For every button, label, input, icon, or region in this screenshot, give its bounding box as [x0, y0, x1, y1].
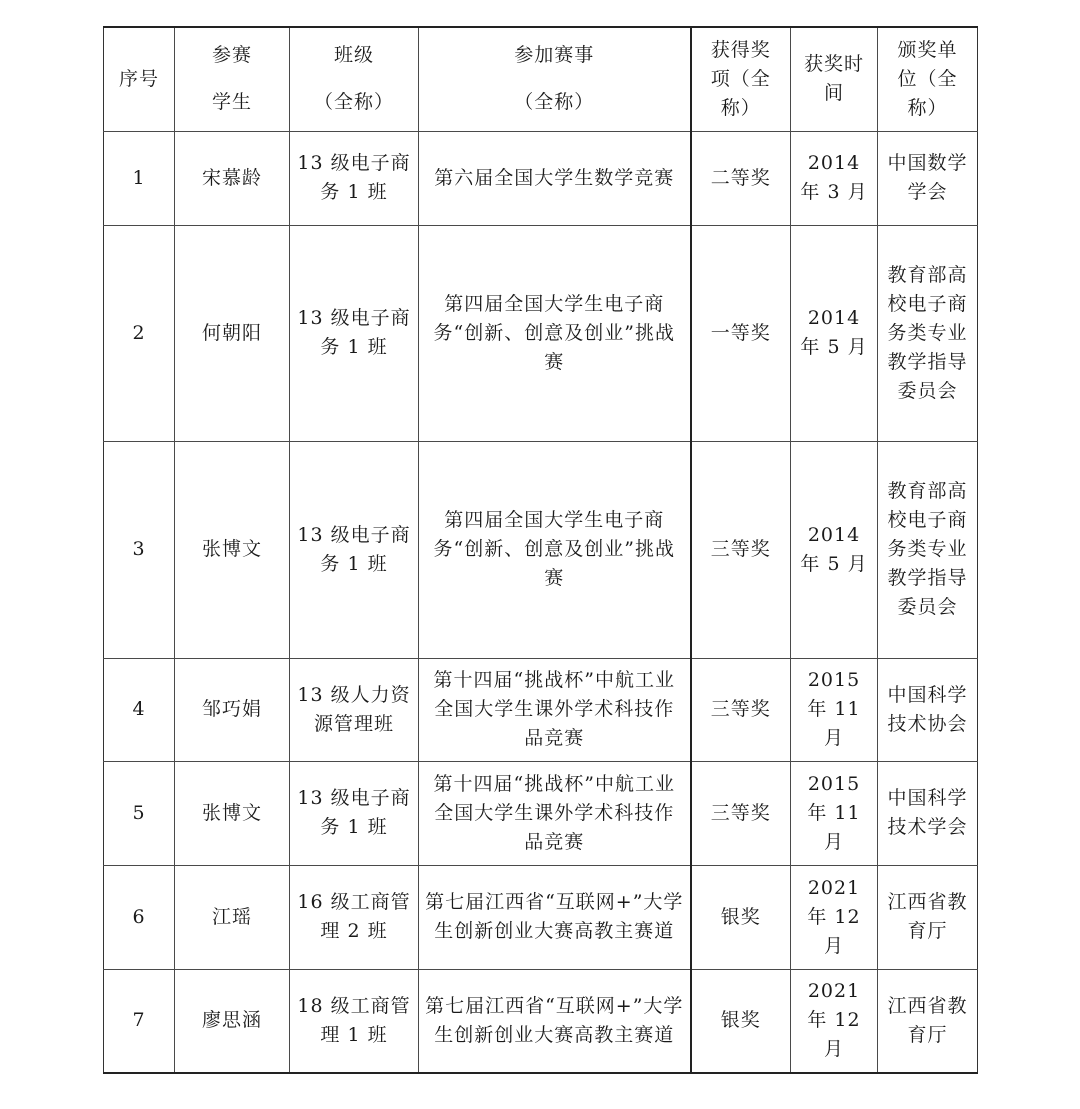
- cell-student: 江瑶: [175, 865, 290, 969]
- cell-date: 2021 年 12 月: [791, 865, 878, 969]
- cell-issuer: 中国科学技术学会: [878, 761, 978, 865]
- table-row: 4 邹巧娟 13 级人力资源管理班 第十四届“挑战杯”中航工业全国大学生课外学术…: [104, 658, 978, 761]
- cell-issuer: 江西省教育厅: [878, 969, 978, 1073]
- table-row: 2 何朝阳 13 级电子商务 1 班 第四届全国大学生电子商务“创新、创意及创业…: [104, 225, 978, 441]
- header-class: 班级（全称）: [290, 27, 419, 131]
- table-row: 1 宋慕龄 13 级电子商务 1 班 第六届全国大学生数学竞赛 二等奖 2014…: [104, 131, 978, 225]
- cell-student: 何朝阳: [175, 225, 290, 441]
- header-date: 获奖时间: [791, 27, 878, 131]
- cell-class: 13 级电子商务 1 班: [290, 761, 419, 865]
- cell-issuer: 教育部高校电子商务类专业教学指导委员会: [878, 225, 978, 441]
- cell-event: 第四届全国大学生电子商务“创新、创意及创业”挑战赛: [419, 225, 691, 441]
- cell-event: 第七届江西省“互联网+”大学生创新创业大赛高教主赛道: [419, 969, 691, 1073]
- cell-no: 1: [104, 131, 175, 225]
- cell-student: 邹巧娟: [175, 658, 290, 761]
- header-issuer: 颁奖单位（全称）: [878, 27, 978, 131]
- cell-class: 18 级工商管理 1 班: [290, 969, 419, 1073]
- cell-no: 7: [104, 969, 175, 1073]
- cell-event: 第四届全国大学生电子商务“创新、创意及创业”挑战赛: [419, 441, 691, 658]
- table-row: 7 廖思涵 18 级工商管理 1 班 第七届江西省“互联网+”大学生创新创业大赛…: [104, 969, 978, 1073]
- table-row: 5 张博文 13 级电子商务 1 班 第十四届“挑战杯”中航工业全国大学生课外学…: [104, 761, 978, 865]
- cell-event: 第六届全国大学生数学竞赛: [419, 131, 691, 225]
- cell-date: 2014 年 5 月: [791, 441, 878, 658]
- table-row: 3 张博文 13 级电子商务 1 班 第四届全国大学生电子商务“创新、创意及创业…: [104, 441, 978, 658]
- cell-student: 张博文: [175, 441, 290, 658]
- header-event: 参加赛事（全称）: [419, 27, 691, 131]
- header-student: 参赛学生: [175, 27, 290, 131]
- table-row: 6 江瑶 16 级工商管理 2 班 第七届江西省“互联网+”大学生创新创业大赛高…: [104, 865, 978, 969]
- cell-award: 三等奖: [691, 441, 791, 658]
- cell-date: 2015 年 11 月: [791, 658, 878, 761]
- cell-student: 廖思涵: [175, 969, 290, 1073]
- cell-class: 13 级电子商务 1 班: [290, 225, 419, 441]
- cell-award: 银奖: [691, 865, 791, 969]
- cell-class: 16 级工商管理 2 班: [290, 865, 419, 969]
- cell-no: 6: [104, 865, 175, 969]
- cell-no: 3: [104, 441, 175, 658]
- cell-event: 第十四届“挑战杯”中航工业全国大学生课外学术科技作品竞赛: [419, 658, 691, 761]
- cell-date: 2014 年 3 月: [791, 131, 878, 225]
- cell-no: 5: [104, 761, 175, 865]
- cell-award: 银奖: [691, 969, 791, 1073]
- header-no: 序号: [104, 27, 175, 131]
- header-award: 获得奖项（全称）: [691, 27, 791, 131]
- cell-no: 2: [104, 225, 175, 441]
- cell-student: 张博文: [175, 761, 290, 865]
- cell-class: 13 级人力资源管理班: [290, 658, 419, 761]
- cell-event: 第七届江西省“互联网+”大学生创新创业大赛高教主赛道: [419, 865, 691, 969]
- awards-table: 序号 参赛学生 班级（全称） 参加赛事（全称） 获得奖项（全称） 获奖时间 颁奖…: [103, 26, 978, 1074]
- cell-class: 13 级电子商务 1 班: [290, 131, 419, 225]
- cell-no: 4: [104, 658, 175, 761]
- cell-date: 2014 年 5 月: [791, 225, 878, 441]
- cell-issuer: 江西省教育厅: [878, 865, 978, 969]
- cell-student: 宋慕龄: [175, 131, 290, 225]
- cell-date: 2015 年 11 月: [791, 761, 878, 865]
- cell-event: 第十四届“挑战杯”中航工业全国大学生课外学术科技作品竞赛: [419, 761, 691, 865]
- cell-award: 三等奖: [691, 761, 791, 865]
- cell-issuer: 教育部高校电子商务类专业教学指导委员会: [878, 441, 978, 658]
- cell-issuer: 中国科学技术协会: [878, 658, 978, 761]
- cell-award: 一等奖: [691, 225, 791, 441]
- cell-award: 三等奖: [691, 658, 791, 761]
- header-row: 序号 参赛学生 班级（全称） 参加赛事（全称） 获得奖项（全称） 获奖时间 颁奖…: [104, 27, 978, 131]
- cell-issuer: 中国数学学会: [878, 131, 978, 225]
- cell-award: 二等奖: [691, 131, 791, 225]
- cell-class: 13 级电子商务 1 班: [290, 441, 419, 658]
- cell-date: 2021 年 12 月: [791, 969, 878, 1073]
